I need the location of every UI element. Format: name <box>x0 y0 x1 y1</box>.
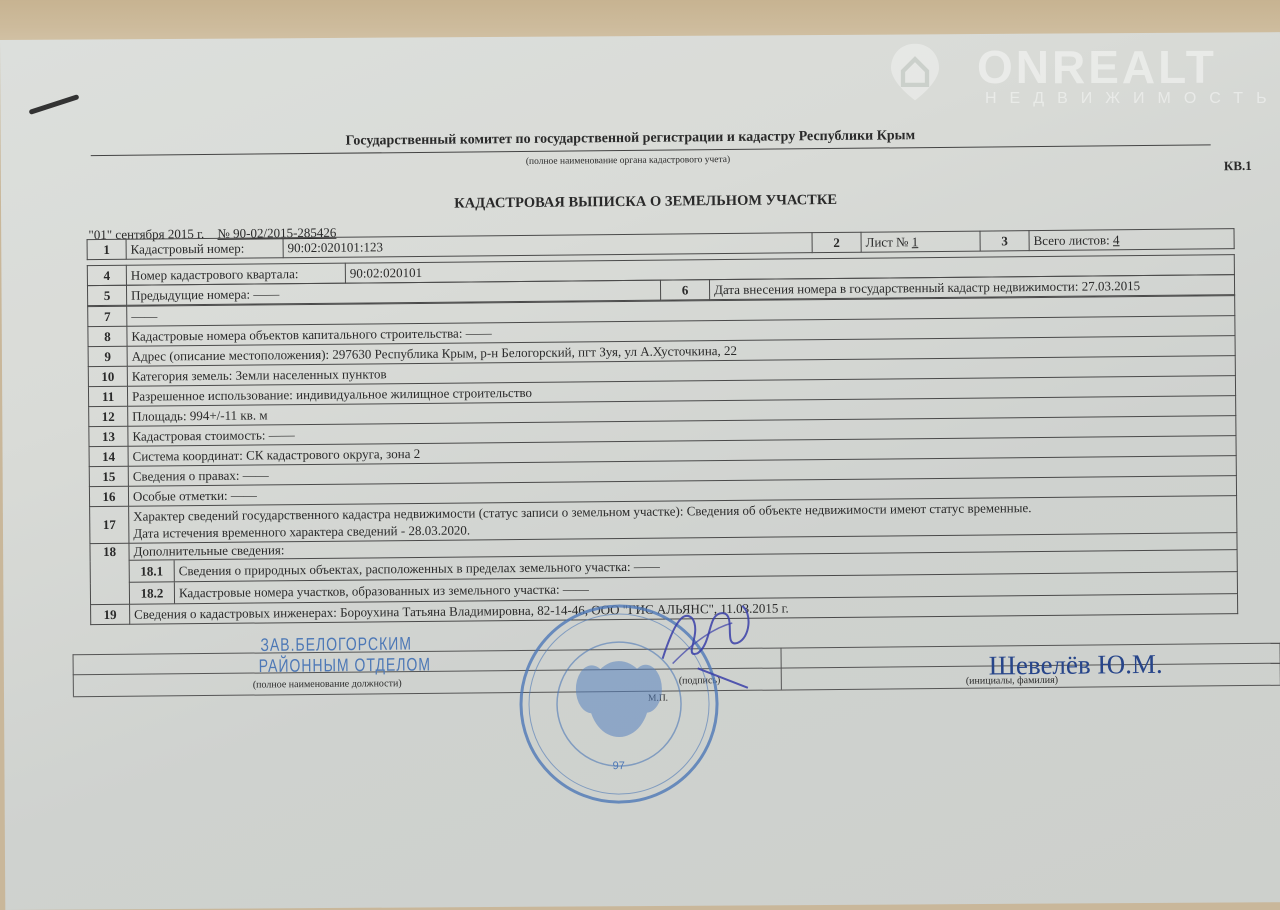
coordinate-system-label: Система координат: <box>133 447 243 463</box>
block-number-label: Номер кадастрового квартала: <box>126 263 345 285</box>
previous-numbers-value: —— <box>253 286 279 301</box>
row-number: 18.2 <box>130 582 175 603</box>
total-sheets-label: Всего листов: <box>1034 232 1110 248</box>
sheet-value: 1 <box>912 234 919 249</box>
land-category-value: Земли населенных пунктов <box>236 366 387 382</box>
row-number: 16 <box>89 486 128 506</box>
row-number: 1 <box>87 239 126 259</box>
row-number: 10 <box>88 366 127 386</box>
divider <box>73 654 74 696</box>
position-stamp-line2: РАЙОННЫМ ОТДЕЛОМ <box>259 653 432 675</box>
row-number: 8 <box>88 326 127 346</box>
seal-number: 97 <box>613 760 625 772</box>
organization-name: Государственный комитет по государственн… <box>346 128 916 149</box>
previous-numbers-label: Предыдущие номера: <box>131 286 250 302</box>
natural-objects-value: —— <box>634 558 660 573</box>
row-number: 3 <box>980 231 1029 251</box>
land-category-label: Категория земель: <box>132 367 233 383</box>
registration-date-label: Дата внесения номера в государственный к… <box>714 278 1078 296</box>
row-number: 14 <box>89 446 128 466</box>
row-number: 15 <box>89 466 128 486</box>
row-number: 18.1 <box>130 560 175 581</box>
registration-date-value: 27.03.2015 <box>1082 278 1141 294</box>
row-number: 13 <box>89 426 128 446</box>
cadastral-value-label: Кадастровая стоимость: <box>132 427 265 443</box>
row-number: 18 <box>90 543 130 604</box>
row-number: 11 <box>88 386 127 406</box>
cadastral-number-label: Кадастровый номер: <box>126 238 283 260</box>
position-caption: (полное наименование должности) <box>253 678 402 690</box>
cadastral-document: Государственный комитет по государственн… <box>0 0 1280 910</box>
cadastral-value-value: —— <box>269 427 295 442</box>
row-number: 7 <box>88 306 127 326</box>
row-number: 5 <box>87 285 126 305</box>
cadastral-table-cont: 7—— 8Кадастровые номера объектов капитал… <box>87 295 1238 625</box>
name-stamp: Шевелёв Ю.М. <box>989 649 1163 682</box>
row-number: 4 <box>87 265 126 285</box>
row-number: 2 <box>812 232 861 252</box>
derived-parcels-value: —— <box>563 581 589 596</box>
permitted-use-value: индивидуальное жилищное строительство <box>296 384 532 401</box>
document-title: КАДАСТРОВАЯ ВЫПИСКА О ЗЕМЕЛЬНОМ УЧАСТКЕ <box>454 192 837 213</box>
form-code: КВ.1 <box>1224 158 1252 174</box>
row-number: 17 <box>90 506 129 543</box>
position-stamp-line1: ЗАВ.БЕЛОГОРСКИМ <box>260 633 412 655</box>
derived-parcels-label: Кадастровые номера участков, образованны… <box>179 581 560 600</box>
handwritten-signature-icon <box>652 588 763 699</box>
special-notes-label: Особые отметки: <box>133 487 228 503</box>
area-value: 994+/-11 кв. м <box>190 407 268 423</box>
total-sheets-value: 4 <box>1113 232 1120 247</box>
cadastral-number-value: 90:02:020101:123 <box>283 233 812 258</box>
address-value: 297630 Республика Крым, р-н Белогорский,… <box>332 342 737 361</box>
permitted-use-label: Разрешенное использование: <box>132 387 293 404</box>
coordinate-system-value: СК кадастрового округа, зона 2 <box>246 445 420 462</box>
organization-caption: (полное наименование органа кадастрового… <box>526 155 730 167</box>
capital-objects-value: —— <box>466 325 492 340</box>
total-sheets: Всего листов: 4 <box>1029 229 1234 251</box>
divider <box>780 648 781 690</box>
row-number: 9 <box>88 346 127 366</box>
rights-info-label: Сведения о правах: <box>133 467 240 483</box>
sheet-label: Лист № <box>866 234 909 249</box>
area-label: Площадь: <box>132 408 186 424</box>
address-label: Адрес (описание местоположения): <box>132 346 330 363</box>
capital-objects-label: Кадастровые номера объектов капитального… <box>131 325 462 343</box>
sheet-number: Лист № 1 <box>861 231 980 252</box>
natural-objects-label: Сведения о природных объектах, расположе… <box>179 558 631 577</box>
row-number: 19 <box>91 604 130 624</box>
cadastral-engineers-label: Сведения о кадастровых инженерах: <box>134 604 337 621</box>
row-number: 6 <box>660 280 709 300</box>
row-number: 12 <box>89 406 128 426</box>
rights-info-value: —— <box>243 467 269 482</box>
special-notes-value: —— <box>231 487 257 502</box>
